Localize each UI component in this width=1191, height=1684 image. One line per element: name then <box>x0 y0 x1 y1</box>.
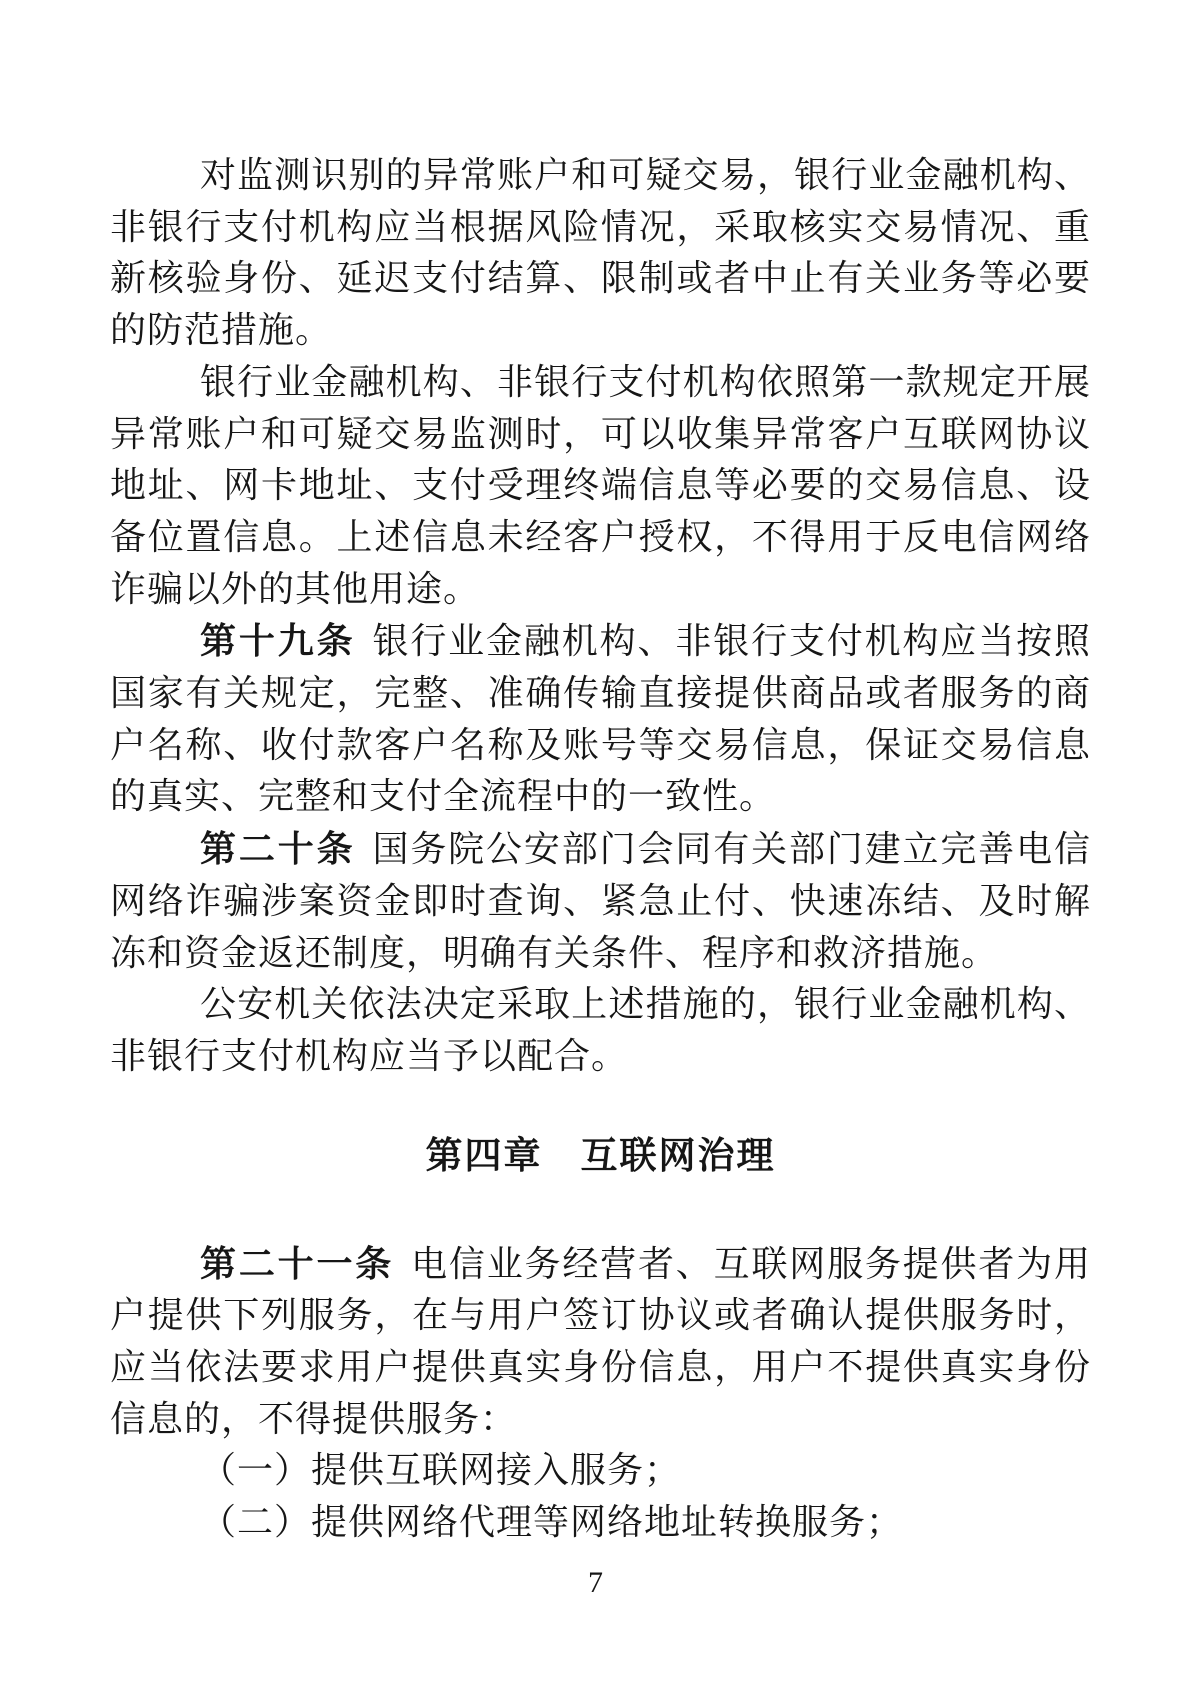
article-number: 第二十条 <box>200 828 355 869</box>
article-number: 第二十一条 <box>200 1243 394 1284</box>
chapter-title: 互联网治理 <box>581 1135 776 1176</box>
document-body: 对监测识别的异常账户和可疑交易，银行业金融机构、非银行支付机构应当根据风险情况，… <box>110 150 1091 1549</box>
numbered-item: （一）提供互联网接入服务； <box>110 1445 1091 1497</box>
paragraph: 对监测识别的异常账户和可疑交易，银行业金融机构、非银行支付机构应当根据风险情况，… <box>110 150 1091 357</box>
paragraph: 公安机关依法决定采取上述措施的，银行业金融机构、非银行支付机构应当予以配合。 <box>110 979 1091 1082</box>
paragraph-text: （二）提供网络代理等网络地址转换服务； <box>200 1502 903 1542</box>
paragraph-text: （一）提供互联网接入服务； <box>200 1450 681 1490</box>
paragraph: 第十九条银行业金融机构、非银行支付机构应当按照国家有关规定，完整、准确传输直接提… <box>110 615 1091 823</box>
paragraph-text: 对监测识别的异常账户和可疑交易，银行业金融机构、非银行支付机构应当根据风险情况，… <box>110 155 1091 350</box>
numbered-item: （二）提供网络代理等网络地址转换服务； <box>110 1497 1091 1549</box>
chapter-number: 第四章 <box>426 1135 543 1176</box>
paragraph: 银行业金融机构、非银行支付机构依照第一款规定开展异常账户和可疑交易监测时，可以收… <box>110 357 1091 616</box>
article-number: 第十九条 <box>200 620 355 661</box>
paragraph-text: 公安机关依法决定采取上述措施的，银行业金融机构、非银行支付机构应当予以配合。 <box>110 984 1091 1076</box>
chapter-heading: 第四章互联网治理 <box>110 1130 1091 1182</box>
paragraph-text: 银行业金融机构、非银行支付机构依照第一款规定开展异常账户和可疑交易监测时，可以收… <box>110 362 1091 609</box>
document-page: 对监测识别的异常账户和可疑交易，银行业金融机构、非银行支付机构应当根据风险情况，… <box>0 0 1191 1684</box>
paragraph: 第二十一条电信业务经营者、互联网服务提供者为用户提供下列服务，在与用户签订协议或… <box>110 1238 1091 1446</box>
page-number: 7 <box>0 1566 1191 1600</box>
paragraph: 第二十条国务院公安部门会同有关部门建立完善电信网络诈骗涉案资金即时查询、紧急止付… <box>110 823 1091 979</box>
